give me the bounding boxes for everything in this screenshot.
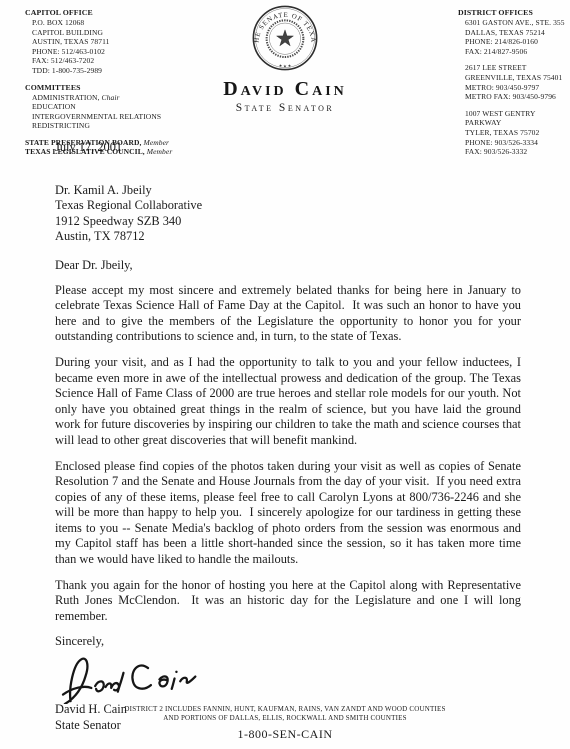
- recipient-line: Austin, TX 78712: [55, 229, 521, 245]
- committees-title: COMMITTEES: [25, 83, 195, 93]
- svg-text:★ ★ ★: ★ ★ ★: [278, 63, 292, 69]
- committee-item: INTERGOVERNMENTAL RELATIONS: [25, 112, 195, 122]
- committee-item: REDISTRICTING: [25, 121, 195, 131]
- capitol-office-line: PHONE: 512/463-0102: [25, 47, 195, 57]
- footer-district-line: AND PORTIONS OF DALLAS, ELLIS, ROCKWALL …: [0, 714, 570, 723]
- footer-phone: 1-800-SEN-CAIN: [0, 726, 570, 742]
- district-office-line: 2617 LEE STREET: [458, 63, 570, 73]
- district-office-line: METRO FAX: 903/450-9796: [458, 92, 570, 102]
- footer-district-line: DISTRICT 2 INCLUDES FANNIN, HUNT, KAUFMA…: [0, 705, 570, 714]
- footer: DISTRICT 2 INCLUDES FANNIN, HUNT, KAUFMA…: [0, 705, 570, 742]
- district-office-line: METRO: 903/450-9797: [458, 83, 570, 93]
- letter-paragraph: Please accept my most sincere and extrem…: [55, 283, 521, 345]
- membership-item: STATE PRESERVATION BOARD, Member: [25, 138, 195, 148]
- district-office-line: PHONE: 903/526-3334: [458, 138, 570, 148]
- capitol-office-line: AUSTIN, TEXAS 78711: [25, 37, 195, 47]
- signature: [57, 652, 207, 704]
- capitol-office-block: CAPITOL OFFICE P.O. BOX 12068 CAPITOL BU…: [25, 8, 195, 157]
- membership-item: TEXAS LEGISLATIVE COUNCIL, Member: [25, 147, 195, 157]
- capitol-office-line: TDD: 1-800-735-2989: [25, 66, 195, 76]
- district-office-line: TYLER, TEXAS 75702: [458, 128, 570, 138]
- committee-item: EDUCATION: [25, 102, 195, 112]
- star-icon: [277, 30, 294, 46]
- letter-paragraph: Enclosed please find copies of the photo…: [55, 459, 521, 568]
- letter-body: July 17, 2001 Dr. Kamil A. Jbeily Texas …: [55, 140, 521, 733]
- capitol-office-title: CAPITOL OFFICE: [25, 8, 195, 18]
- district-office-line: FAX: 214/827-9506: [458, 47, 570, 57]
- district-office-line: PHONE: 214/826-0160: [458, 37, 570, 47]
- district-offices-title: DISTRICT OFFICES: [458, 8, 570, 18]
- recipient-line: Texas Regional Collaborative: [55, 198, 521, 214]
- recipient-line: 1912 Speedway SZB 340: [55, 214, 521, 230]
- senator-title: State Senator: [175, 102, 395, 114]
- letter-page: CAPITOL OFFICE P.O. BOX 12068 CAPITOL BU…: [0, 0, 570, 749]
- letterhead-center: THE SENATE OF TEXAS ★ ★ ★ David Cain Sta…: [175, 4, 395, 114]
- senator-name: David Cain: [175, 78, 395, 101]
- district-office-line: FAX: 903/526-3332: [458, 147, 570, 157]
- district-office-line: DALLAS, TEXAS 75214: [458, 28, 570, 38]
- letter-paragraph: During your visit, and as I had the oppo…: [55, 355, 521, 449]
- seal-stars: ★ ★ ★: [278, 63, 292, 69]
- committee-item: ADMINISTRATION, Chair: [25, 93, 195, 103]
- capitol-office-line: P.O. BOX 12068: [25, 18, 195, 28]
- capitol-office-line: CAPITOL BUILDING: [25, 28, 195, 38]
- recipient-line: Dr. Kamil A. Jbeily: [55, 183, 521, 199]
- district-office-line: 1007 WEST GENTRY PARKWAY: [458, 109, 570, 128]
- senate-of-texas-seal-icon: THE SENATE OF TEXAS ★ ★ ★: [251, 4, 319, 72]
- district-offices-block: DISTRICT OFFICES 6301 GASTON AVE., STE. …: [458, 8, 570, 157]
- letter-paragraph: Thank you again for the honor of hosting…: [55, 578, 521, 625]
- recipient-address: Dr. Kamil A. Jbeily Texas Regional Colla…: [55, 183, 521, 245]
- salutation: Dear Dr. Jbeily,: [55, 258, 521, 274]
- closing: Sincerely,: [55, 634, 521, 650]
- capitol-office-line: FAX: 512/463-7202: [25, 56, 195, 66]
- district-office-line: 6301 GASTON AVE., STE. 355: [458, 18, 570, 28]
- district-office-line: GREENVILLE, TEXAS 75401: [458, 73, 570, 83]
- letterhead: CAPITOL OFFICE P.O. BOX 12068 CAPITOL BU…: [0, 0, 570, 132]
